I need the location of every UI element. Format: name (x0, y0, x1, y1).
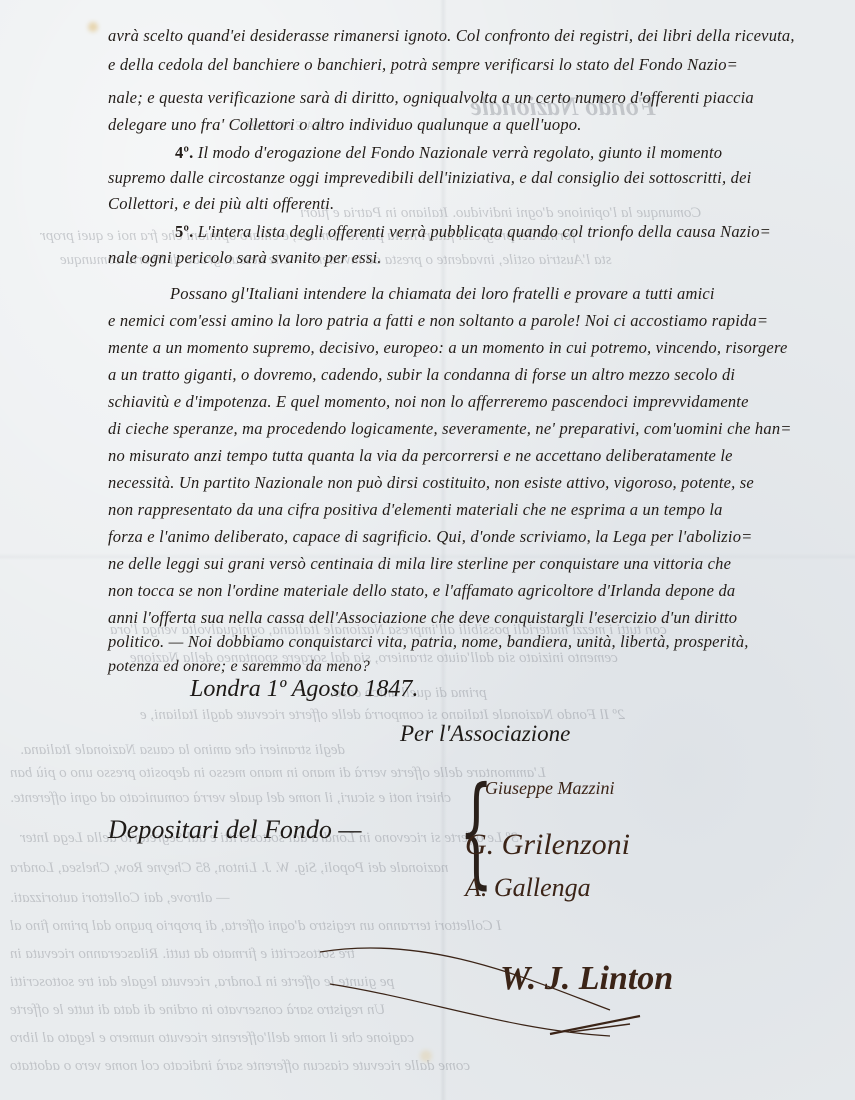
show-through-text: tre sottoscritti e firmato da tutti. Ril… (10, 946, 355, 963)
clause-4-line: supremo dalle circostanze oggi imprevedi… (108, 168, 751, 188)
show-through-text: nazionale dei Popoli, Sig. W. J. Linton,… (10, 860, 448, 877)
clause-4-number: 4º. (175, 143, 193, 162)
show-through-text: — altrove, dai Collettori autorizzati. (10, 890, 229, 907)
signature-mazzini: Giuseppe Mazzini (485, 778, 615, 799)
clause-5-text: L'intera lista degli offerenti verrà pub… (198, 222, 771, 241)
body-line: nale; e questa verificazione sarà di dir… (108, 88, 754, 108)
show-through-text: chieri noti e sicuri, il nome del quale … (10, 790, 451, 807)
main-paragraph-line: a un tratto giganti, o dovremo, cadendo,… (108, 365, 735, 385)
show-through-text: come dalle ricevute ciascun offerente sa… (10, 1058, 470, 1075)
depositari-label: Depositari del Fondo — (108, 815, 362, 845)
main-paragraph-line: e nemici com'essi amino la loro patria a… (108, 311, 768, 331)
main-paragraph-line: necessità. Un partito Nazionale non può … (108, 473, 754, 493)
signature-linton: W. J. Linton (500, 960, 673, 998)
main-paragraph-line: schiavitù e d'impotenza. E quel momento,… (108, 392, 749, 412)
clause-4-text: Il modo d'erogazione del Fondo Nazionale… (198, 143, 722, 162)
signature-flourish (310, 940, 730, 1060)
show-through-text: I Collettori terranno un registro d'ogni… (10, 918, 502, 935)
body-line: avrà scelto quand'ei desiderasse rimaner… (108, 26, 795, 46)
paper-stain (88, 22, 98, 32)
clause-5-number: 5º. (175, 222, 193, 241)
signature-gallenga: A. Gallenga (465, 873, 591, 903)
main-paragraph-line: non tocca se non l'ordine materiale dell… (108, 581, 735, 601)
body-line: delegare uno fra' Collettori o altro ind… (108, 115, 582, 135)
main-paragraph-line: mente a un momento supremo, decisivo, eu… (108, 338, 787, 358)
body-line-text: e della cedola del banchiere o banchieri… (108, 55, 738, 74)
show-through-text: Comunque la l'opinione d'ogni individuo.… (300, 205, 701, 222)
clause-4-line: Collettori, e dei più alti offerenti. (108, 194, 334, 214)
main-paragraph-line: anni l'offerta sua nella cassa dell'Asso… (108, 608, 737, 628)
clause-5-line: 5º. L'intera lista degli offerenti verrà… (175, 222, 771, 242)
main-paragraph-line: non rappresentato da una cifra positiva … (108, 500, 723, 520)
main-paragraph-line: no misurato anzi tempo tutta quanta la v… (108, 446, 733, 466)
main-paragraph-line: potenza ed onore; e saremmo da meno? (108, 658, 370, 676)
signature-grilenzoni: G. Grilenzoni (465, 828, 630, 862)
closing-line: Per l'Associazione (400, 721, 570, 747)
date-line: Londra 1º Agosto 1847. (190, 676, 418, 703)
main-paragraph-line: Possano gl'Italiani intendere la chiamat… (170, 284, 715, 304)
main-paragraph-line: politico. — Noi dobbiamo conquistarci vi… (108, 632, 749, 652)
main-paragraph-line: ne delle leggi sui grani versò centinaia… (108, 554, 731, 574)
main-paragraph-line: di cieche speranze, ma procedendo logica… (108, 419, 792, 439)
clause-5-line: nale ogni pericolo sarà svanito per essi… (108, 248, 382, 268)
show-through-text: degli stranieri che amino la causa Nazio… (20, 742, 345, 759)
main-paragraph-line: forza e l'animo deliberato, capace di sa… (108, 527, 753, 547)
body-line: e della cedola del banchiere o banchieri… (108, 55, 738, 75)
clause-4-line: 4º. Il modo d'erogazione del Fondo Nazio… (175, 143, 722, 163)
